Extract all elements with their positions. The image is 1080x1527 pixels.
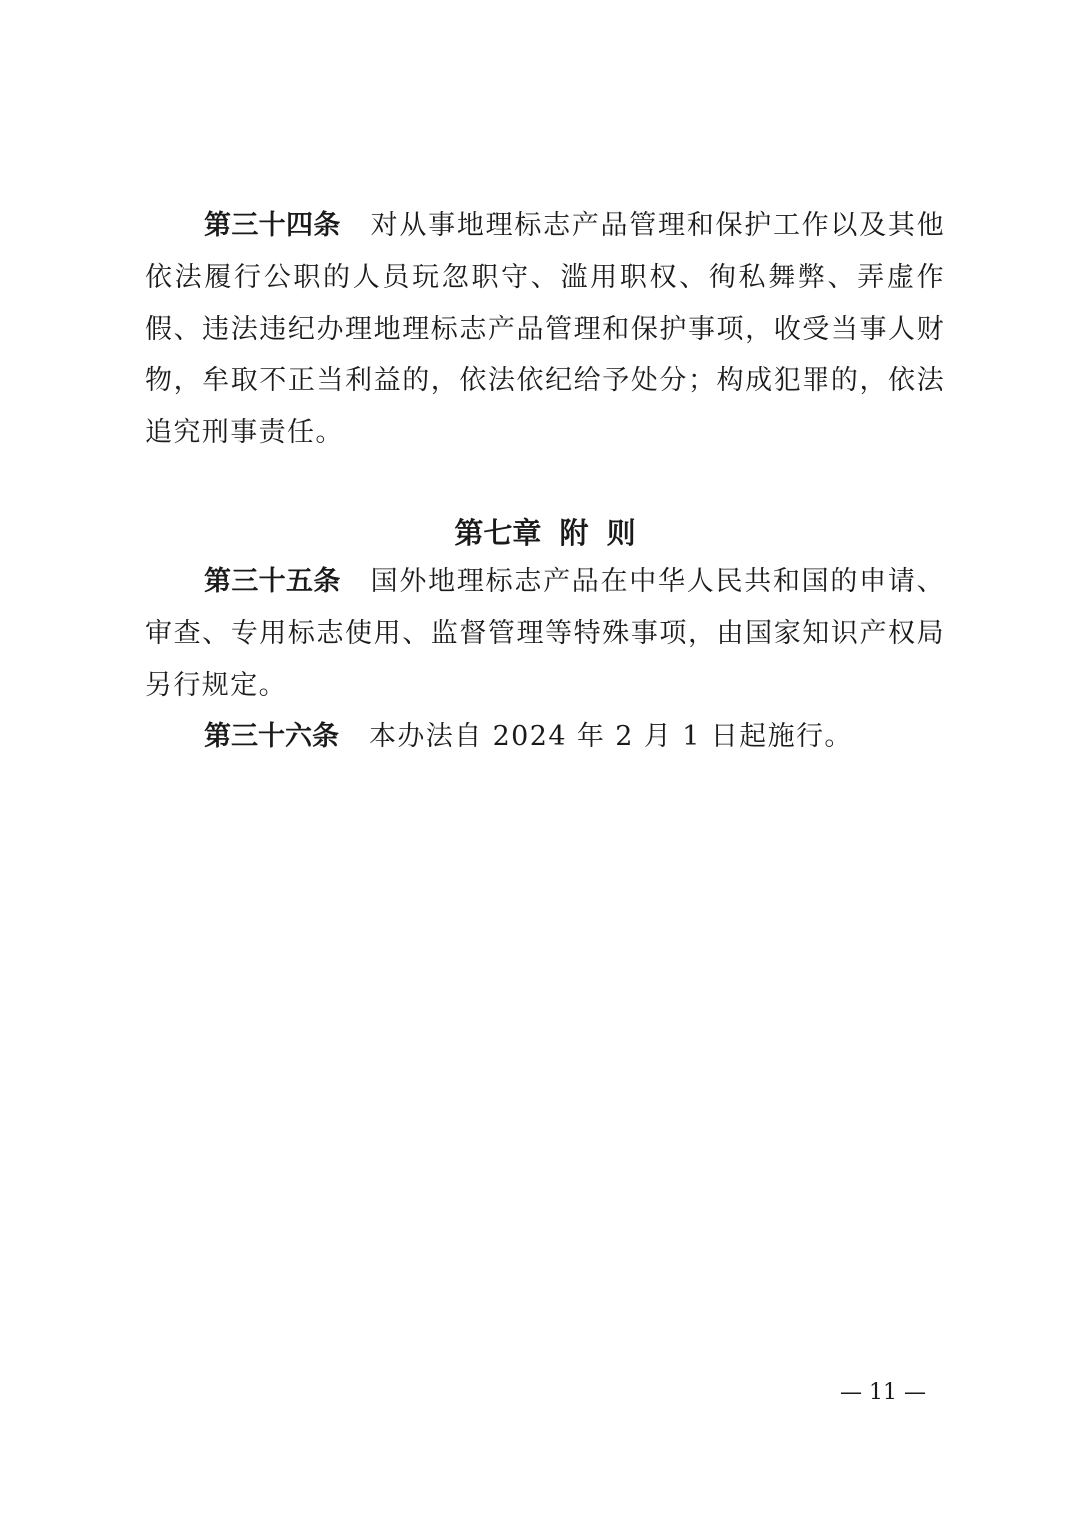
page-number: — 11 — bbox=[840, 1378, 926, 1408]
article-36: 第三十六条本办法自 2024 年 2 月 1 日起施行。 bbox=[145, 711, 945, 763]
article-35: 第三十五条国外地理标志产品在中华人民共和国的申请、审查、专用标志使用、监督管理等… bbox=[145, 556, 945, 711]
article-35-label: 第三十五条 bbox=[204, 566, 341, 597]
document-page: 第三十四条对从事地理标志产品管理和保护工作以及其他依法履行公职的人员玩忽职守、滥… bbox=[0, 0, 1080, 1527]
article-34: 第三十四条对从事地理标志产品管理和保护工作以及其他依法履行公职的人员玩忽职守、滥… bbox=[145, 200, 945, 459]
article-34-label: 第三十四条 bbox=[204, 210, 341, 241]
article-36-label: 第三十六条 bbox=[204, 721, 339, 752]
article-34-text: 对从事地理标志产品管理和保护工作以及其他依法履行公职的人员玩忽职守、滥用职权、徇… bbox=[145, 210, 945, 448]
article-36-text: 本办法自 2024 年 2 月 1 日起施行。 bbox=[369, 721, 853, 752]
chapter-title: 第七章 附 则 bbox=[145, 508, 945, 558]
